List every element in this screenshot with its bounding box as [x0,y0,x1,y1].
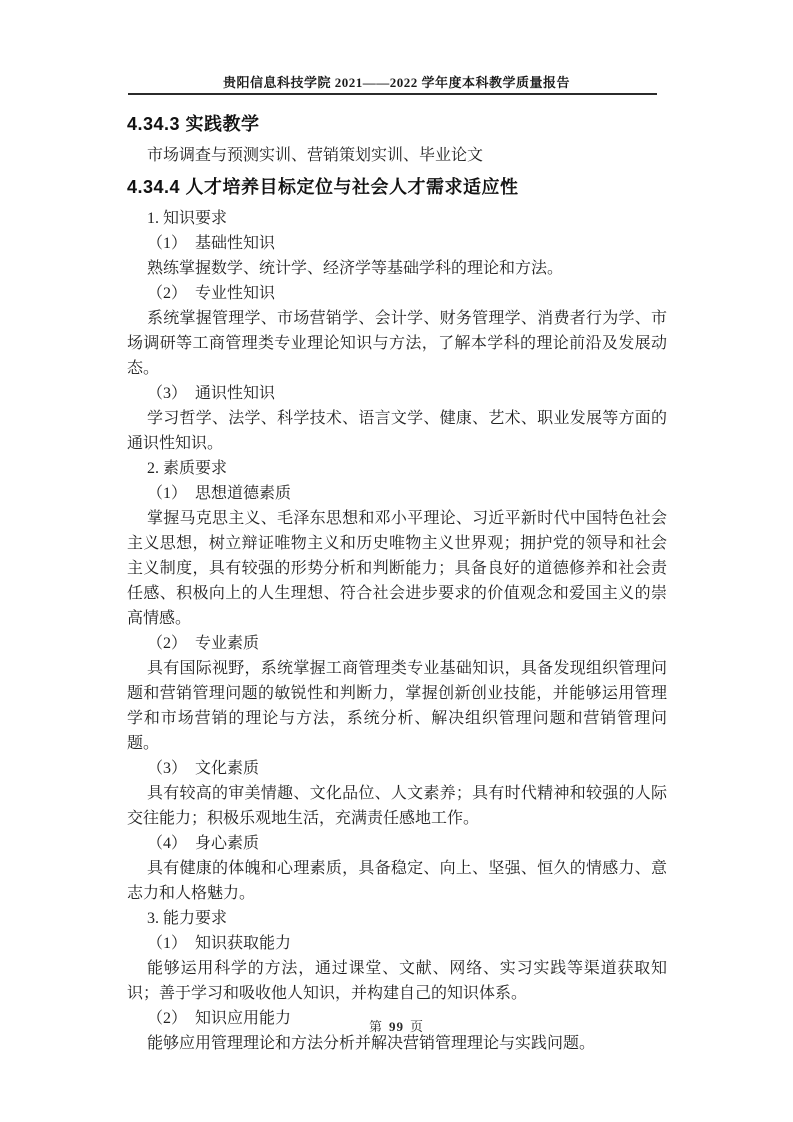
paragraph: 熟练掌握数学、统计学、经济学等基础学科的理论和方法。 [127,256,667,281]
section-heading: 4.34.3 实践教学 [127,111,667,137]
header-rule [128,93,657,95]
footer-prefix: 第 [369,1019,383,1034]
paragraph: （1） 知识获取能力 [127,931,667,956]
footer-page-number: 99 [389,1019,404,1034]
paragraph: 系统掌握管理学、市场营销学、会计学、财务管理学、消费者行为学、市场调研等工商管理… [127,306,667,381]
document-content: 4.34.3 实践教学市场调查与预测实训、营销策划实训、毕业论文4.34.4 人… [127,105,667,1056]
paragraph: 1. 知识要求 [127,206,667,231]
paragraph: 具有健康的体魄和心理素质，具备稳定、向上、坚强、恒久的情感力、意志力和人格魅力。 [127,856,667,906]
paragraph: （2） 专业素质 [127,631,667,656]
paragraph: 3. 能力要求 [127,906,667,931]
paragraph: （2） 专业性知识 [127,281,667,306]
paragraph: 掌握马克思主义、毛泽东思想和邓小平理论、习近平新时代中国特色社会主义思想，树立辩… [127,506,667,631]
footer-suffix: 页 [410,1019,424,1034]
document-page: 贵阳信息科技学院 2021——2022 学年度本科教学质量报告 4.34.3 实… [0,0,793,1122]
paragraph: 2. 素质要求 [127,456,667,481]
paragraph: （3） 通识性知识 [127,381,667,406]
paragraph: 具有较高的审美情趣、文化品位、人文素养；具有时代精神和较强的人际交往能力；积极乐… [127,781,667,831]
section-heading: 4.34.4 人才培养目标定位与社会人才需求适应性 [127,174,667,200]
paragraph: （1） 思想道德素质 [127,481,667,506]
paragraph: 具有国际视野，系统掌握工商管理类专业基础知识，具备发现组织管理问题和营销管理问题… [127,656,667,756]
page-footer: 第99页 [0,1016,793,1035]
paragraph: 能够运用科学的方法，通过课堂、文献、网络、实习实践等渠道获取知识；善于学习和吸收… [127,956,667,1006]
paragraph: （1） 基础性知识 [127,231,667,256]
paragraph: 学习哲学、法学、科学技术、语言文学、健康、艺术、职业发展等方面的通识性知识。 [127,406,667,456]
paragraph: （3） 文化素质 [127,756,667,781]
paragraph: （4） 身心素质 [127,831,667,856]
paragraph: 市场调查与预测实训、营销策划实训、毕业论文 [127,143,667,168]
page-header-title: 贵阳信息科技学院 2021——2022 学年度本科教学质量报告 [0,72,793,91]
